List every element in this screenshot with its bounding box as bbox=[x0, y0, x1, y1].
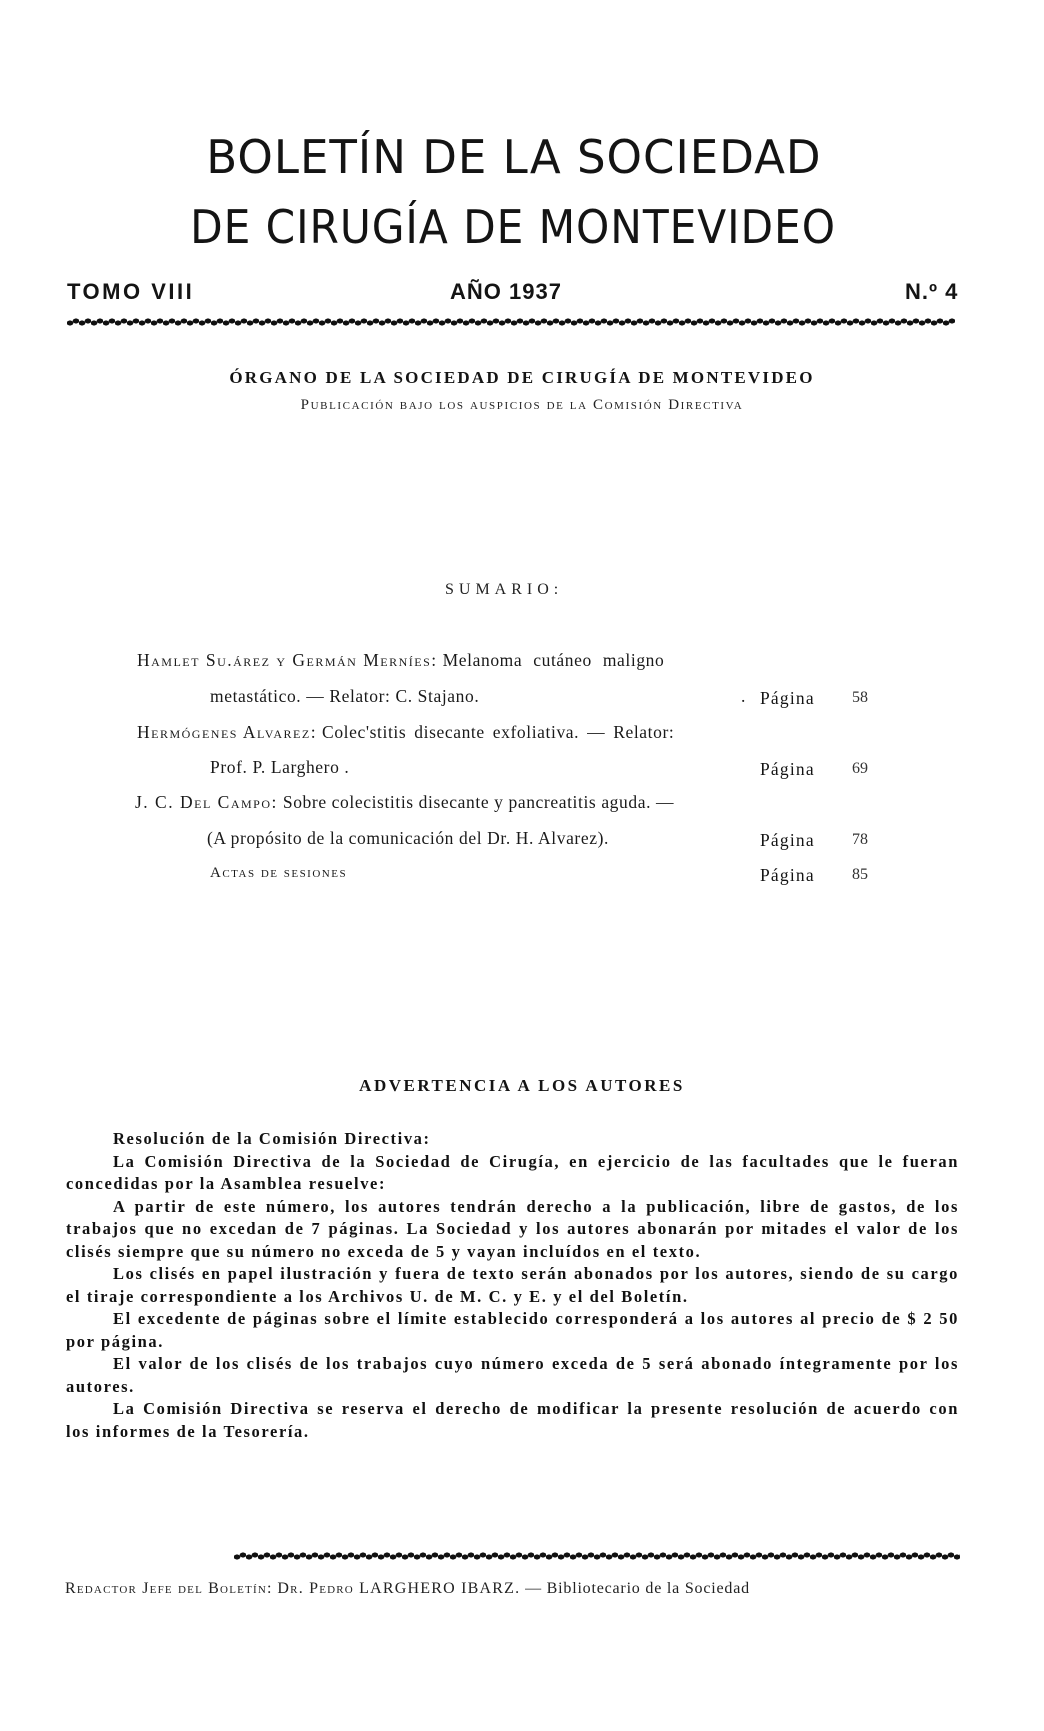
issue-number: N.º 4 bbox=[905, 281, 958, 303]
volume-label: TOMO VIII bbox=[67, 281, 194, 303]
entry-authors: Hamlet Su.árez y Germán Merníes: bbox=[137, 650, 438, 670]
summary-entry-1-line-2: metastático. — Relator: C. Stajano. bbox=[210, 688, 479, 706]
page-number[interactable]: 85 bbox=[852, 866, 868, 884]
summary-entry-3-line-2: (A propósito de la comunicación del Dr. … bbox=[207, 830, 609, 848]
journal-title-line-1: BOLETÍN DE LA SOCIEDAD bbox=[127, 134, 900, 180]
entry-title[interactable]: Sobre colecistitis disecante y pancreati… bbox=[283, 792, 674, 812]
page-label: Página bbox=[760, 688, 815, 709]
leader-dot: . bbox=[741, 688, 746, 706]
summary-entry-1-line-1: Hamlet Su.árez y Germán Merníes: Melanom… bbox=[137, 652, 664, 670]
publication-note: Publicación bajo los auspicios de la Com… bbox=[0, 397, 1044, 414]
page-label: Página bbox=[760, 865, 815, 886]
notice-paragraph: La Comisión Directiva de la Sociedad de … bbox=[66, 1151, 959, 1196]
page-label: Página bbox=[760, 830, 815, 851]
title-line-2-text: DE CIRUGÍA DE MONTEVIDEO bbox=[191, 204, 837, 250]
page-label: Página bbox=[760, 759, 815, 780]
summary-entry-2-line-1: Hermógenes Alvarez: Colec'stitis disecan… bbox=[137, 724, 674, 742]
notice-paragraph: El valor de los clisés de los trabajos c… bbox=[66, 1353, 959, 1398]
editor-label: Redactor Jefe del Boletín: bbox=[65, 1580, 273, 1597]
notice-paragraph: A partir de este número, los autores ten… bbox=[66, 1196, 959, 1264]
entry-authors: Hermógenes Alvarez: bbox=[137, 722, 317, 742]
notice-heading: ADVERTENCIA A LOS AUTORES bbox=[0, 1076, 1044, 1096]
page-number[interactable]: 78 bbox=[852, 831, 868, 849]
notice-paragraph: Resolución de la Comisión Directiva: bbox=[66, 1128, 959, 1151]
page-number[interactable]: 69 bbox=[852, 760, 868, 778]
editor-role: — Bibliotecario de la Sociedad bbox=[525, 1580, 750, 1597]
ornamental-rule-bottom bbox=[234, 1552, 960, 1560]
notice-paragraph: Los clisés en papel ilustración y fuera … bbox=[66, 1263, 959, 1308]
summary-entry-3-line-1: J. C. Del Campo: Sobre colecistitis dise… bbox=[135, 794, 674, 812]
page-number[interactable]: 58 bbox=[852, 689, 868, 707]
entry-authors: J. C. Del Campo: bbox=[135, 792, 278, 812]
summary-entry-4-minutes[interactable]: Actas de sesiones bbox=[210, 866, 347, 881]
notice-paragraph: El excedente de páginas sobre el límite … bbox=[66, 1308, 959, 1353]
title-line-1-text: BOLETÍN DE LA SOCIEDAD bbox=[206, 134, 821, 180]
notice-paragraph: La Comisión Directiva se reserva el dere… bbox=[66, 1398, 959, 1443]
entry-title[interactable]: Colec'stitis disecante exfoliativa. — Re… bbox=[322, 722, 674, 742]
entry-title[interactable]: Melanoma cutáneo maligno bbox=[443, 650, 665, 670]
ornamental-rule-top bbox=[67, 318, 955, 326]
summary-entry-2-line-2: Prof. P. Larghero . bbox=[210, 759, 349, 777]
year-label: AÑO 1937 bbox=[450, 281, 562, 303]
summary-heading: SUMARIO: bbox=[445, 581, 563, 599]
editor-credit: Redactor Jefe del Boletín: Dr. Pedro LAR… bbox=[65, 1580, 750, 1598]
notice-body: Resolución de la Comisión Directiva: La … bbox=[66, 1128, 959, 1443]
journal-title-line-2: DE CIRUGÍA DE MONTEVIDEO bbox=[127, 204, 900, 250]
organ-statement: ÓRGANO DE LA SOCIEDAD DE CIRUGÍA DE MONT… bbox=[0, 368, 1044, 388]
editor-name: Dr. Pedro LARGHERO IBARZ. bbox=[277, 1580, 520, 1597]
